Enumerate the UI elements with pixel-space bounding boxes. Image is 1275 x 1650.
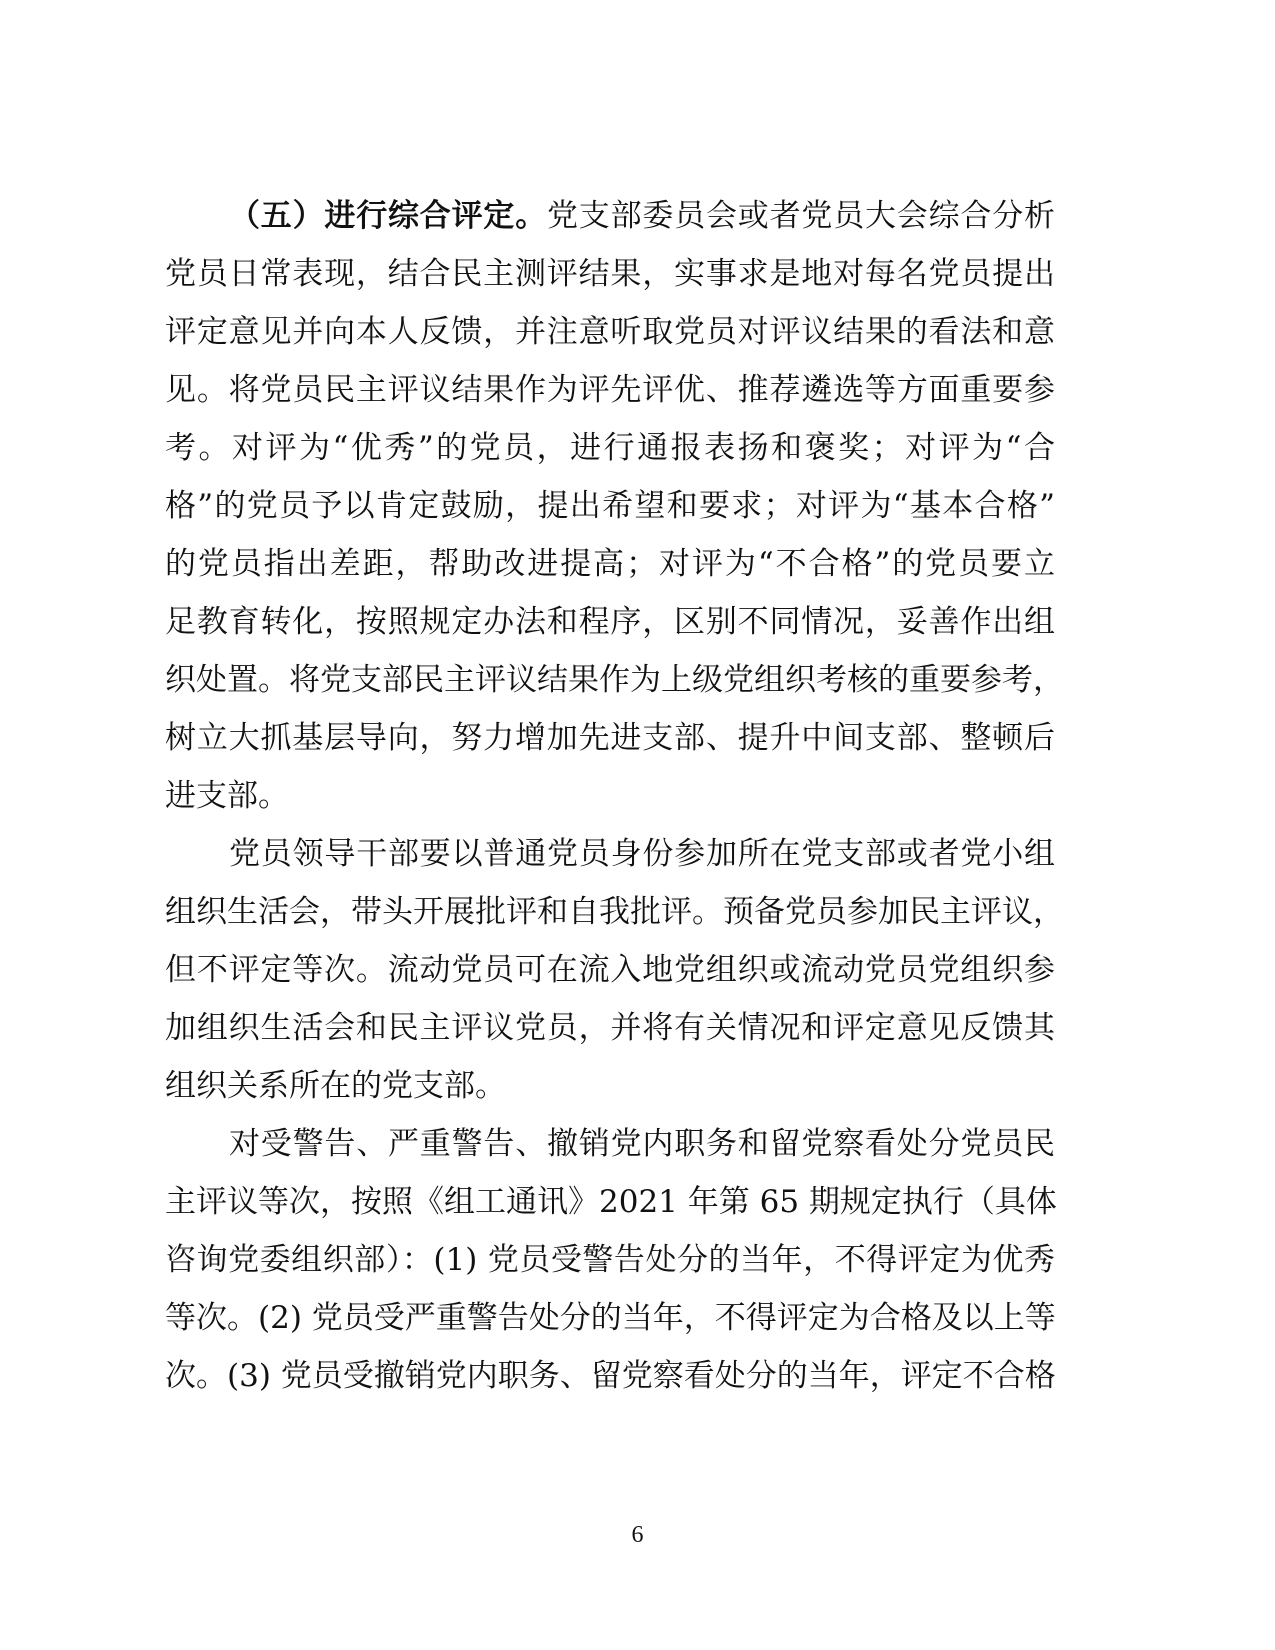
section-heading: （五）进行综合评定。 [229,198,547,234]
paragraph-line: 考。对评为“优秀”的党员，进行通报表扬和褒奖；对评为“合 [165,419,1055,477]
paragraph-line: 等次。(2) 党员受严重警告处分的当年，不得评定为合格及以上等 [165,1289,1055,1347]
paragraph-line: 进支部。 [165,767,1055,825]
paragraph-line: 评定意见并向本人反馈，并注意听取党员对评议结果的看法和意 [165,303,1055,361]
paragraph-line: 足教育转化，按照规定办法和程序，区别不同情况，妥善作出组 [165,593,1055,651]
page-number: 6 [0,1522,1275,1549]
paragraph-line: 见。将党员民主评议结果作为评先评优、推荐遴选等方面重要参 [165,361,1055,419]
paragraph-line: 组织生活会，带头开展批评和自我批评。预备党员参加民主评议， [165,883,1055,941]
paragraph-line: 对受警告、严重警告、撤销党内职务和留党察看处分党员民 [165,1115,1055,1173]
document-page: （五）进行综合评定。党支部委员会或者党员大会综合分析 党员日常表现，结合民主测评… [0,0,1275,1650]
paragraph-line: 次。(3) 党员受撤销党内职务、留党察看处分的当年，评定不合格 [165,1347,1055,1405]
paragraph-line: 咨询党委组织部）：(1) 党员受警告处分的当年，不得评定为优秀 [165,1231,1055,1289]
paragraph-line: 加组织生活会和民主评议党员，并将有关情况和评定意见反馈其 [165,999,1055,1057]
paragraph-line: 织处置。将党支部民主评议结果作为上级党组织考核的重要参考， [165,651,1055,709]
line-text: 党支部委员会或者党员大会综合分析 [547,198,1055,234]
paragraph-line: 主评议等次，按照《组工通讯》2021 年第 65 期规定执行（具体 [165,1173,1055,1231]
paragraph-line: 党员日常表现，结合民主测评结果，实事求是地对每名党员提出 [165,245,1055,303]
paragraph-line: 格”的党员予以肯定鼓励，提出希望和要求；对评为“基本合格” [165,477,1055,535]
document-body: （五）进行综合评定。党支部委员会或者党员大会综合分析 党员日常表现，结合民主测评… [165,187,1055,1405]
paragraph-line: 但不评定等次。流动党员可在流入地党组织或流动党员党组织参 [165,941,1055,999]
paragraph-line: 党员领导干部要以普通党员身份参加所在党支部或者党小组 [165,825,1055,883]
paragraph-line: （五）进行综合评定。党支部委员会或者党员大会综合分析 [165,187,1055,245]
paragraph-line: 组织关系所在的党支部。 [165,1057,1055,1115]
paragraph-line: 树立大抓基层导向，努力增加先进支部、提升中间支部、整顿后 [165,709,1055,767]
paragraph-line: 的党员指出差距，帮助改进提高；对评为“不合格”的党员要立 [165,535,1055,593]
